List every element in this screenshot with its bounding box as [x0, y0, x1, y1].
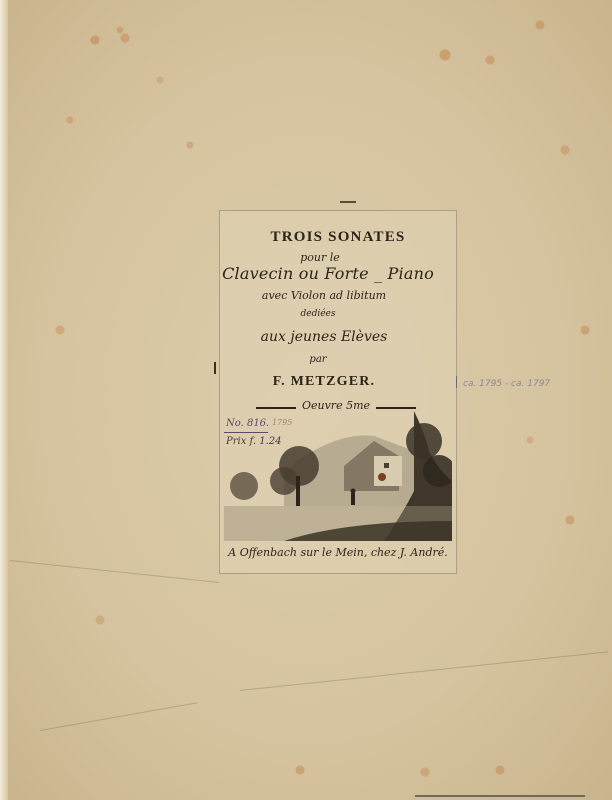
- margin-date-note: ca. 1795 - ca. 1797: [463, 379, 550, 389]
- bottom-rule: [415, 795, 585, 797]
- title-plate: TROIS SONATES pour le Clavecin ou Forte …: [219, 210, 457, 574]
- par-text: par: [200, 354, 436, 365]
- margin-tick: [456, 376, 457, 388]
- landscape-engraving: [224, 411, 452, 541]
- top-ink-mark: [340, 201, 356, 203]
- violin-text: avec Violon ad libitum: [206, 289, 442, 302]
- paper-left-edge: [0, 0, 8, 800]
- publisher-imprint: A Offenbach sur le Mein, chez J. André.: [220, 546, 456, 559]
- opus-rule-right: [376, 407, 416, 409]
- dedication-prefix: dediées: [200, 309, 436, 319]
- dedication-text: aux jeunes Elèves: [206, 329, 442, 345]
- instrument-text: Clavecin ou Forte _ Piano: [210, 264, 446, 283]
- page-title: TROIS SONATES: [220, 229, 456, 246]
- composer-name: F. METZGER.: [206, 374, 442, 390]
- pour-le-text: pour le: [202, 251, 438, 264]
